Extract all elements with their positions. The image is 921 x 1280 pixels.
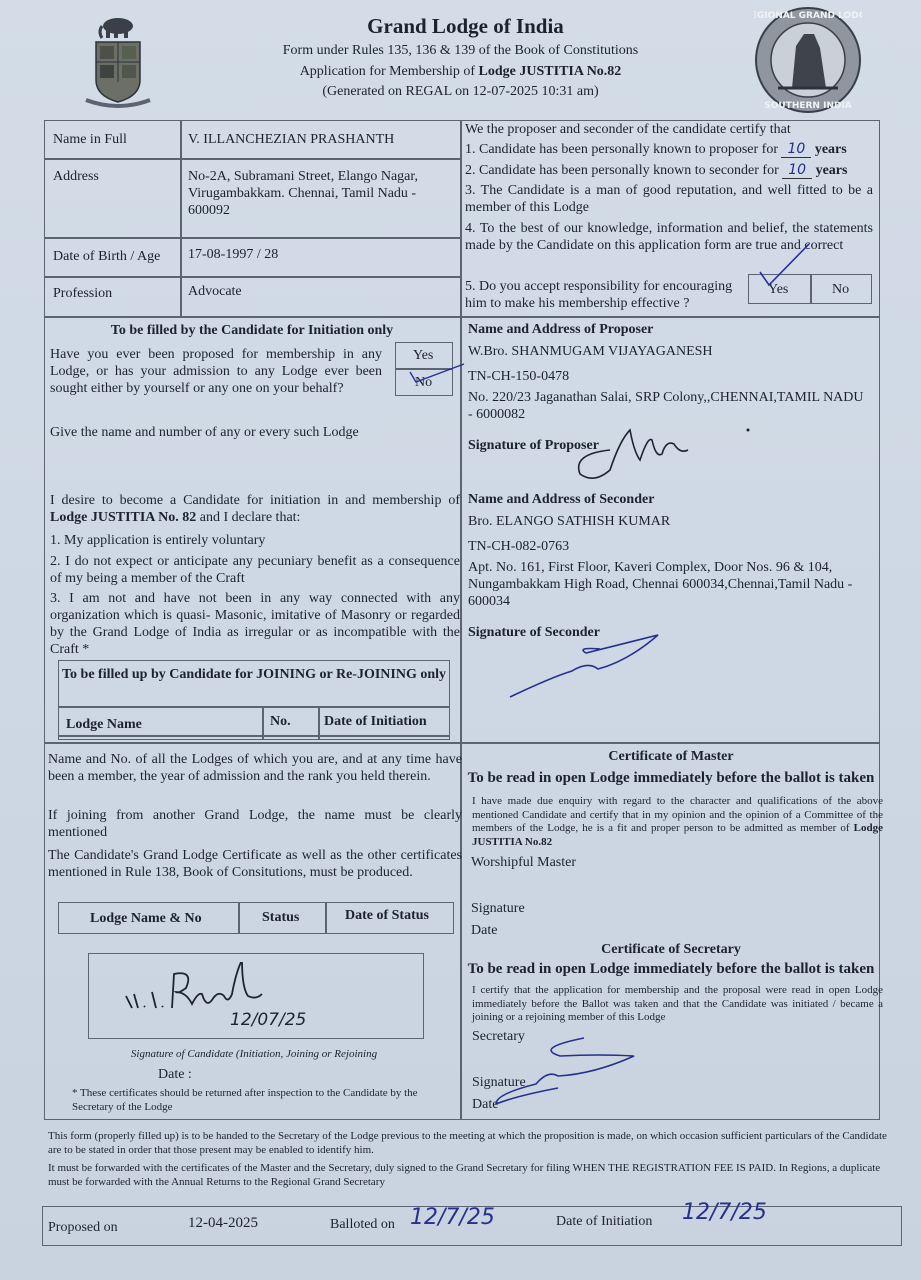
worshipful-master-label: Worshipful Master [471, 854, 576, 871]
date-of-initiation-label: Date of Initiation [556, 1213, 652, 1230]
seconder-signature [500, 625, 670, 700]
value-name: V. ILLANCHEZIAN PRASHANTH [188, 131, 453, 148]
form-subtitle: Form under Rules 135, 136 & 139 of the B… [0, 43, 921, 59]
candidate-signature-caption: Signature of Candidate (Initiation, Join… [44, 1046, 464, 1063]
certify-item-3: 3. The Candidate is a man of good reputa… [465, 182, 873, 216]
checkmark-icon [408, 360, 468, 390]
certificates-footnote: * These certificates should be returned … [72, 1087, 452, 1114]
years-proposer: 10 [781, 141, 811, 158]
proposer-id: TN-CH-150-0478 [468, 368, 569, 385]
lodge-name: Lodge JUSTITIA No.82 [479, 64, 622, 79]
seconder-name: Bro. ELANGO SATHISH KUMAR [468, 513, 670, 530]
col-lodge-name: Lodge Name [66, 716, 142, 733]
balloted-on-label: Balloted on [330, 1216, 395, 1233]
label-profession: Profession [53, 285, 112, 302]
joining-title: To be filled up by Candidate for JOINING… [62, 666, 446, 683]
value-profession: Advocate [188, 283, 242, 300]
declaration-1: 1. My application is entirely voluntary [50, 532, 460, 549]
value-address: No-2A, Subramani Street, Elango Nagar, V… [188, 168, 453, 219]
candidate-date-label: Date : [158, 1066, 192, 1083]
give-lodge-name-prompt: Give the name and number of any or every… [50, 424, 359, 441]
label-dob: Date of Birth / Age [53, 248, 160, 265]
initiation-title: To be filled by the Candidate for Initia… [44, 322, 460, 339]
value-dob: 17-08-1997 / 28 [188, 246, 278, 263]
proposed-on-value: 12-04-2025 [188, 1215, 258, 1232]
declaration-3: 3. I am not and have not been in any way… [50, 590, 460, 658]
declaration-intro: I desire to become a Candidate for initi… [50, 492, 460, 526]
proposed-on-label: Proposed on [48, 1219, 118, 1236]
footer-note-1: This form (properly filled up) is to be … [48, 1130, 898, 1157]
col-date-of-initiation: Date of Initiation [324, 713, 427, 730]
proposer-address: No. 220/23 Jaganathan Salai, SRP Colony,… [468, 389, 868, 423]
svg-text:SOUTHERN INDIA: SOUTHERN INDIA [764, 101, 852, 111]
generated-timestamp: (Generated on REGAL on 12-07-2025 10:31 … [0, 84, 921, 100]
checkmark-icon [755, 240, 815, 290]
balloted-on-value: 12/7/25 [410, 1205, 495, 1230]
form-title: Grand Lodge of India [10, 14, 921, 39]
seconder-id: TN-CH-082-0763 [468, 538, 569, 555]
proposer-name: W.Bro. SHANMUGAM VIJAYAGANESH [468, 343, 713, 360]
col-no: No. [270, 713, 291, 730]
secretary-cert-body: I certify that the application for membe… [472, 984, 883, 1025]
master-signature-label: Signature [471, 900, 525, 917]
initiation-question: Have you ever been proposed for membersh… [50, 346, 382, 397]
date-of-initiation-value: 12/7/25 [682, 1200, 767, 1225]
application-line: Application for Membership of Lodge JUST… [0, 64, 921, 80]
certify-item-1: 1. Candidate has been personally known t… [465, 141, 847, 158]
candidate-signature-date: 12/07/25 [230, 1010, 306, 1030]
certify-item-5: 5. Do you accept responsibility for enco… [465, 278, 745, 312]
form-header: Grand Lodge of India Form under Rules 13… [0, 14, 921, 100]
label-address: Address [53, 168, 99, 185]
certify-item-2: 2. Candidate has been personally known t… [465, 162, 847, 179]
proposer-signature [570, 420, 760, 500]
secretary-signature [490, 1034, 650, 1104]
col-status: Status [262, 909, 299, 926]
label-name: Name in Full [53, 131, 127, 148]
responsibility-no-option[interactable]: No [832, 281, 849, 298]
seconder-address: Apt. No. 161, First Floor, Kaveri Comple… [468, 559, 876, 610]
master-cert-body: I have made due enquiry with regard to t… [472, 795, 883, 849]
years-seconder: 10 [782, 162, 812, 179]
footer-note-2: It must be forwarded with the certificat… [48, 1162, 898, 1189]
declaration-2: 2. I do not expect or anticipate any pec… [50, 553, 460, 587]
master-date-label: Date [471, 922, 497, 939]
form-paper: REGIONAL GRAND LODGE SOUTHERN INDIA Gran… [0, 0, 921, 1280]
col-date-of-status: Date of Status [345, 907, 429, 924]
col-lodge-name-no: Lodge Name & No [90, 910, 202, 927]
